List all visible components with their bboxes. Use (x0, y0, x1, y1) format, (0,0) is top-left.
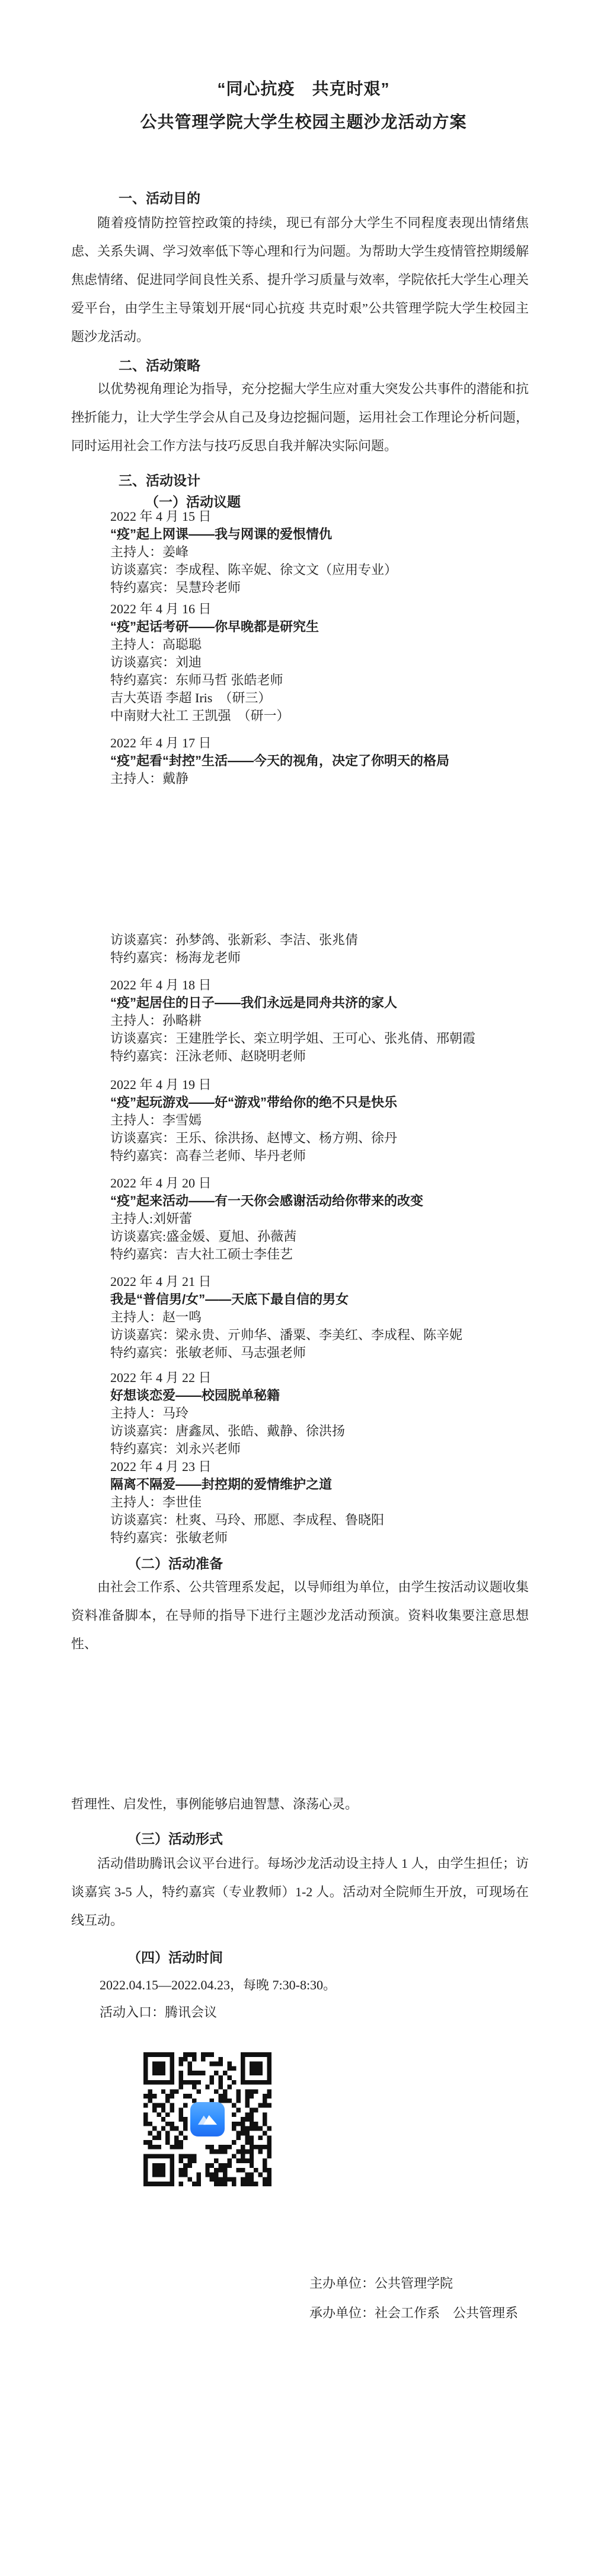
session-title: “疫”起玩游戏——好“游戏”带给你的绝不只是快乐 (110, 1094, 561, 1112)
session-date: 2022 年 4 月 17 日 (110, 734, 561, 752)
session-guests: 访谈嘉宾：杜爽、马玲、邢愿、李成程、鲁晓阳 (110, 1511, 561, 1529)
document-title-line2: 公共管理学院大学生校园主题沙龙活动方案 (0, 109, 607, 133)
purpose-paragraph: 随着疫情防控管控政策的持续，现已有部分大学生不同程度表现出情绪焦虑、关系失调、学… (71, 209, 529, 351)
session-date: 2022 年 4 月 21 日 (110, 1273, 561, 1291)
tencent-meeting-qr-code (143, 2052, 271, 2186)
section-heading-strategy: 二、活动策略 (119, 355, 200, 374)
session-date: 2022 年 4 月 22 日 (110, 1369, 561, 1387)
session-guests: 访谈嘉宾:盛金媛、夏旭、孙薇茜 (110, 1228, 561, 1246)
document-title-line1: “同心抗疫 共克时艰” (0, 76, 607, 100)
session-2022-04-20: 2022 年 4 月 20 日 “疫”起来活动——有一天你会感谢活动给你带来的改… (110, 1174, 561, 1263)
preparation-paragraph: 由社会工作系、公共管理系发起，以导师组为单位，由学生按活动议题收集资料准备脚本，… (71, 1573, 529, 1658)
session-host: 主持人：赵一鸣 (110, 1308, 561, 1326)
session-2022-04-21: 2022 年 4 月 21 日 我是“普信男/女”——天底下最自信的男女 主持人… (110, 1273, 561, 1362)
session-host: 主持人：马玲 (110, 1405, 561, 1422)
session-title: “疫”起居住的日子——我们永远是同舟共济的家人 (110, 994, 561, 1012)
session-special-guests: 特约嘉宾：东师马哲 张皓老师 (110, 671, 561, 689)
session-date: 2022 年 4 月 18 日 (110, 976, 561, 994)
session-special-guests: 特约嘉宾：杨海龙老师 (110, 949, 561, 967)
organizer-unit-line: 承办单位：社会工作系 公共管理系 (309, 2303, 518, 2322)
session-special-guests: 特约嘉宾：刘永兴老师 (110, 1440, 561, 1458)
session-title: 隔离不隔爱——封控期的爱情维护之道 (110, 1476, 561, 1494)
session-2022-04-23: 2022 年 4 月 23 日 隔离不隔爱——封控期的爱情维护之道 主持人：李世… (110, 1458, 561, 1547)
session-title: “疫”起看“封控”生活——今天的视角，决定了你明天的格局 (110, 752, 561, 770)
session-2022-04-19: 2022 年 4 月 19 日 “疫”起玩游戏——好“游戏”带给你的绝不只是快乐… (110, 1076, 561, 1165)
session-special-guests: 特约嘉宾：张敏老师、马志强老师 (110, 1344, 561, 1362)
session-2022-04-18: 2022 年 4 月 18 日 “疫”起居住的日子——我们永远是同舟共济的家人 … (110, 976, 561, 1065)
session-host: 主持人：戴静 (110, 770, 561, 788)
session-host: 主持人：姜峰 (110, 543, 561, 561)
session-2022-04-22: 2022 年 4 月 22 日 好想谈恋爱——校园脱单秘籍 主持人：马玲 访谈嘉… (110, 1369, 561, 1458)
session-special-guests: 吉大英语 李超 Iris （研三） (110, 689, 561, 707)
session-guests: 访谈嘉宾：刘迪 (110, 654, 561, 671)
session-date: 2022 年 4 月 23 日 (110, 1458, 561, 1476)
session-special-guests: 特约嘉宾：吴慧玲老师 (110, 579, 561, 597)
session-host: 主持人：孙略耕 (110, 1012, 561, 1030)
session-guests: 访谈嘉宾：孙梦鸽、张新彩、李洁、张兆倩 (110, 931, 561, 949)
session-title: “疫”起来活动——有一天你会感谢活动给你带来的改变 (110, 1192, 561, 1210)
session-date: 2022 年 4 月 16 日 (110, 600, 561, 618)
session-guests: 访谈嘉宾：王建胜学长、栾立明学姐、王可心、张兆倩、邢朝霞 (110, 1030, 561, 1047)
section-heading-purpose: 一、活动目的 (119, 187, 200, 207)
session-special-guests: 特约嘉宾：吉大社工硕士李佳艺 (110, 1246, 561, 1263)
session-host: 主持人：高聪聪 (110, 636, 561, 654)
document-page: “同心抗疫 共克时艰” 公共管理学院大学生校园主题沙龙活动方案 一、活动目的 随… (0, 0, 607, 2576)
session-special-guests: 特约嘉宾：汪泳老师、赵晓明老师 (110, 1047, 561, 1065)
session-special-guests: 特约嘉宾：张敏老师 (110, 1529, 561, 1547)
session-special-guests: 特约嘉宾：高春兰老师、毕丹老师 (110, 1147, 561, 1165)
session-date: 2022 年 4 月 19 日 (110, 1076, 561, 1094)
session-guests: 访谈嘉宾：唐鑫凤、张皓、戴静、徐洪扬 (110, 1422, 561, 1440)
session-title: 我是“普信男/女”——天底下最自信的男女 (110, 1291, 561, 1308)
host-unit-line: 主办单位：公共管理学院 (309, 2273, 453, 2292)
section-heading-design: 三、活动设计 (119, 470, 200, 489)
session-guests: 访谈嘉宾：王乐、徐洪扬、赵博文、杨方朔、徐丹 (110, 1129, 561, 1147)
session-date: 2022 年 4 月 15 日 (110, 508, 561, 526)
session-2022-04-17: 2022 年 4 月 17 日 “疫”起看“封控”生活——今天的视角，决定了你明… (110, 734, 561, 788)
session-host: 主持人：李世佳 (110, 1494, 561, 1511)
activity-entry-text: 活动入口：腾讯会议 (100, 2002, 217, 2021)
session-special-guests: 中南财大社工 王凯强 （研一） (110, 707, 561, 725)
subsection-heading-format: （三）活动形式 (127, 1828, 223, 1848)
session-host: 主持人：李雪嫣 (110, 1112, 561, 1129)
subsection-heading-time: （四）活动时间 (127, 1947, 223, 1966)
subsection-heading-preparation: （二）活动准备 (127, 1553, 223, 1572)
preparation-paragraph-continued: 哲理性、启发性，事例能够启迪智慧、涤荡心灵。 (71, 1790, 529, 1819)
session-host: 主持人:刘妍蕾 (110, 1210, 561, 1228)
session-2022-04-17-continued: 访谈嘉宾：孙梦鸽、张新彩、李洁、张兆倩 特约嘉宾：杨海龙老师 (110, 931, 561, 967)
session-guests: 访谈嘉宾：梁永贵、亓帅华、潘粟、李美红、李成程、陈辛妮 (110, 1326, 561, 1344)
session-guests: 访谈嘉宾：李成程、陈辛妮、徐文文（应用专业） (110, 561, 561, 579)
session-date: 2022 年 4 月 20 日 (110, 1174, 561, 1192)
session-2022-04-16: 2022 年 4 月 16 日 “疫”起话考研——你早晚都是研究生 主持人：高聪… (110, 600, 561, 725)
strategy-paragraph: 以优势视角理论为指导，充分挖掘大学生应对重大突发公共事件的潜能和抗挫折能力，让大… (71, 375, 529, 460)
session-2022-04-15: 2022 年 4 月 15 日 “疫”起上网课——我与网课的爱恨情仇 主持人：姜… (110, 508, 561, 597)
activity-time-text: 2022.04.15—2022.04.23，每晚 7:30-8:30。 (100, 1975, 336, 1994)
tencent-meeting-logo-icon (190, 2102, 225, 2136)
format-paragraph: 活动借助腾讯会议平台进行。每场沙龙活动设主持人 1 人，由学生担任；访谈嘉宾 3… (71, 1849, 529, 1935)
session-title: 好想谈恋爱——校园脱单秘籍 (110, 1387, 561, 1405)
session-title: “疫”起上网课——我与网课的爱恨情仇 (110, 526, 561, 543)
session-title: “疫”起话考研——你早晚都是研究生 (110, 618, 561, 636)
